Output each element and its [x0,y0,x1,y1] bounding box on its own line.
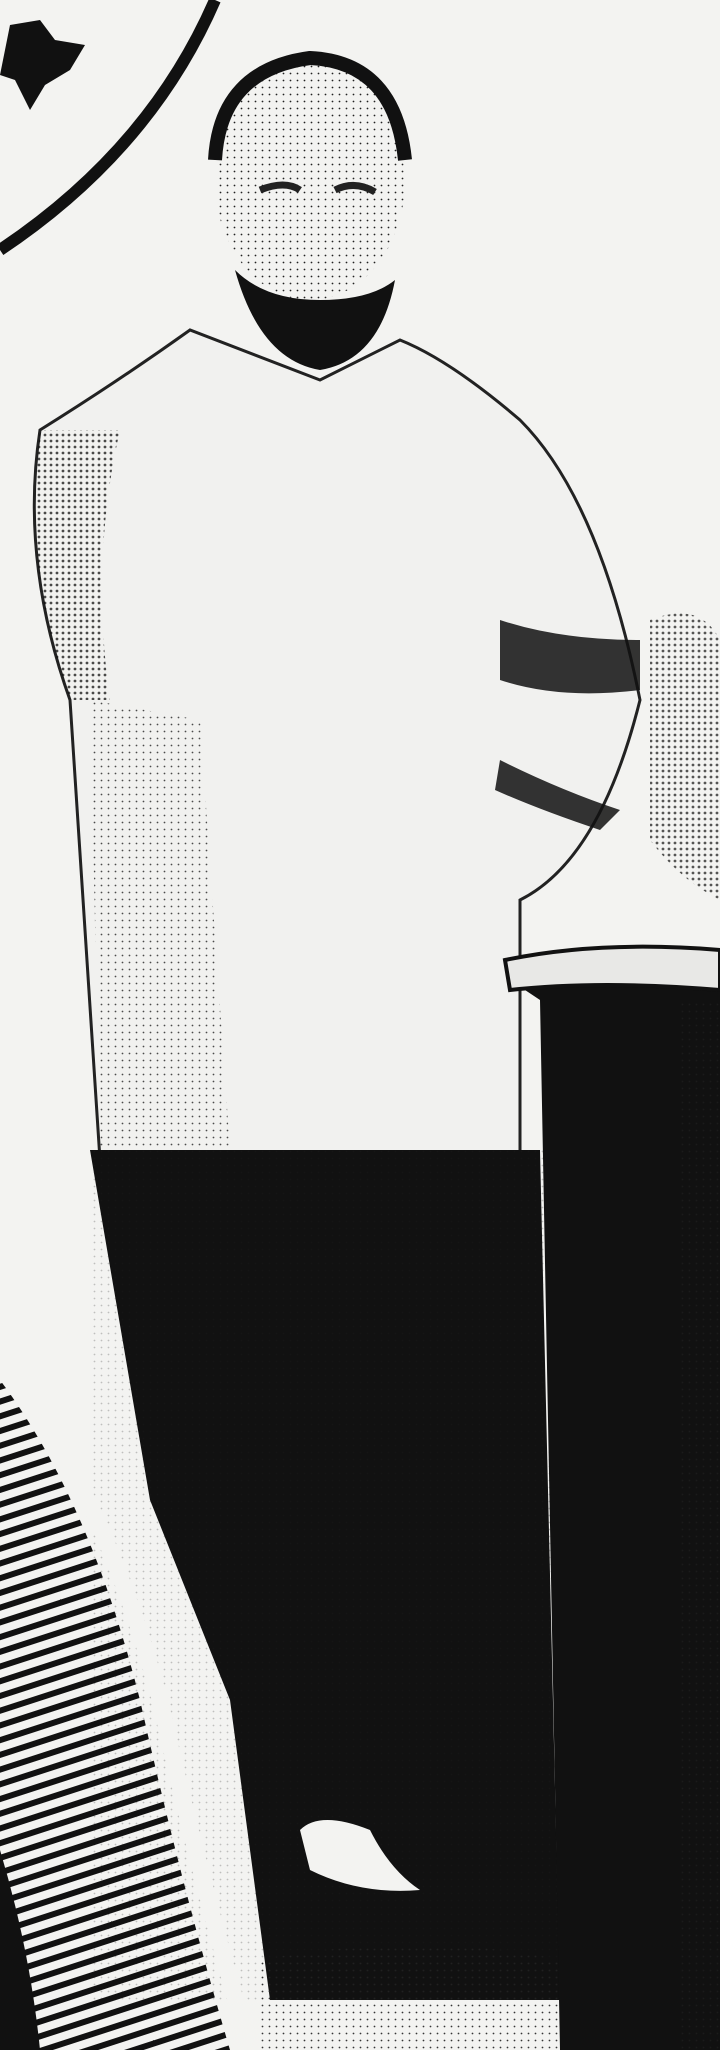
table-leg-pattern [680,1000,720,2050]
halftone-photo [0,0,720,2050]
photo-illustration [0,0,720,2050]
tablecloth-edge [505,947,720,990]
floor [260,1945,560,2050]
